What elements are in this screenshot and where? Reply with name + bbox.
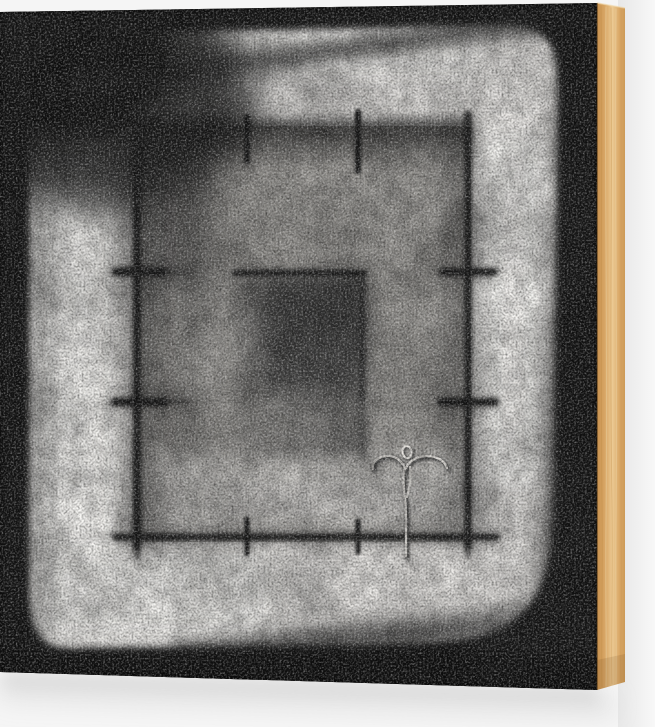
artwork-front <box>0 0 655 727</box>
wood-edge <box>597 3 625 690</box>
grain-overlay-speckle <box>0 0 655 727</box>
wood-print-mockup <box>0 0 655 727</box>
mockup-canvas <box>0 0 655 727</box>
